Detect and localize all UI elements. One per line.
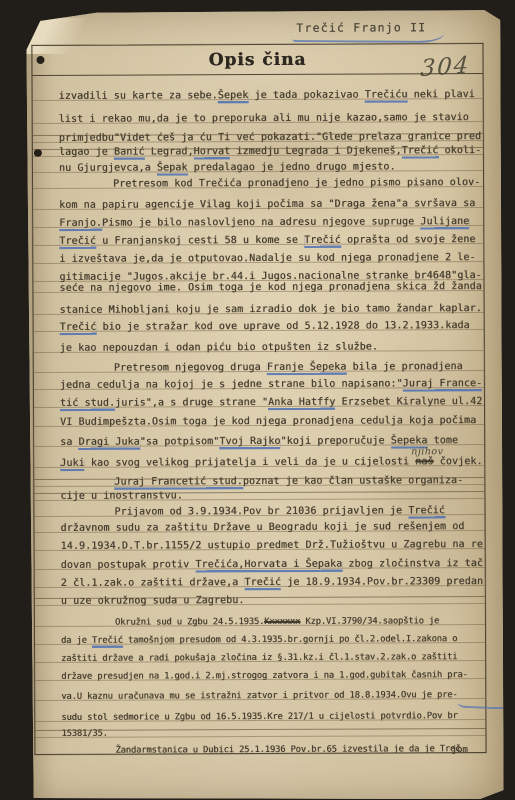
text-line: va.U kaznu uračunava mu se istražni zatv… [35, 679, 485, 701]
text-line: da je Trečić tamošnjom presudom od 4.3.1… [35, 625, 485, 645]
text-line: zaštiti države a radi pokušaja zločina i… [35, 643, 485, 663]
text-line: list i rekao mu,da je to preporuka ali m… [33, 99, 483, 124]
text-line: gitimacije "Jugos.akcije br.44.i Jugos.n… [33, 262, 483, 282]
text-line: Juki kao svog velikog prijatelja i veli … [34, 445, 484, 468]
text-line: u uze okružnog suda u Zagrebu. [35, 586, 485, 606]
text-line: Okružni sud u Zgbu 24.5.1935.Kxxxxxx Kzp… [35, 604, 485, 627]
text-line: stanice Mihobljani koju je sam izradio d… [34, 291, 484, 315]
text-line: 15381/35. [35, 720, 485, 738]
text-line: jedna cedulja na kojoj je s jedne strane… [34, 371, 484, 390]
text-block: izvadili su karte za sebe.Šepek je tada … [33, 75, 486, 754]
text-line: nu Gjurgjevca,a Šepak predalagao je jedn… [33, 155, 483, 173]
text-line: Prijavom od 3.9.1934.Pov br 21036 prijav… [34, 499, 484, 517]
text-line: Žandarmstanica u Dubici 25.1.1936 Pov.br… [35, 736, 485, 754]
catchword: jom [451, 745, 467, 755]
text-line: i izveštava je,da je otputovao.Nadalje s… [33, 244, 483, 264]
text-line: Pretresom njegovog druga Franje Šepeka b… [34, 351, 484, 373]
text-line: kom na papiru agencije Vilag koji počima… [33, 187, 483, 210]
text-line: sa Dragi Juka"sa potpisom"Tvoj Rajko"koj… [34, 425, 484, 447]
text-line: državnom sudu za zaštitu Države u Beogra… [34, 515, 484, 533]
text-line: VI Budimpešzta.Osim toga je kod njega pr… [34, 406, 484, 427]
scanned-paper-sheet: Trečić Franjo II 304 Opis čina izvadili … [24, 10, 503, 800]
text-line: Trečić bio je stražar kod ove uprave od … [34, 313, 484, 332]
text-line: 2 čl.1.zak.o zaštiti države,a Trečić je … [35, 568, 485, 588]
text-line: 14.9.1934.D.T.br.1155/2 ustupio predmet … [35, 531, 485, 551]
text-line: je kao nepouzdan i odan piću bio otpušte… [34, 330, 484, 353]
text-line: sudu stol sedmorice u Zgbu od 16.5.1935.… [35, 699, 485, 722]
text-line: Pretresom kod Trečića pronadjeno je jedn… [33, 171, 483, 189]
blue-pencil-underline-header [292, 30, 444, 43]
text-line: tić stud.juris",a s druge strane "Anka H… [34, 388, 484, 408]
text-line: Trečić u Franjanskoj cesti 58 u kome se … [33, 226, 483, 246]
title-band: Opis čina [32, 44, 482, 76]
text-line: Franjo.Pismo je bilo naslovljeno na adre… [33, 208, 483, 228]
text-line: primjedbu"Videt ćeš ja ću Ti već pokazat… [33, 122, 483, 143]
text-line: izvadili su karte za sebe.Šepek je tada … [33, 77, 483, 101]
text-line: dovan postupak protiv Trečića,Horvata i … [35, 549, 485, 570]
text-line: države presudjen na 1.god.i 2.mj.strogog… [35, 661, 485, 681]
page-title: Opis čina [209, 49, 307, 69]
text-line: Juraj Francetić stud.poznat je kao član … [34, 466, 484, 487]
ruled-frame: Opis čina izvadili su karte za sebe.Šepe… [31, 43, 486, 755]
